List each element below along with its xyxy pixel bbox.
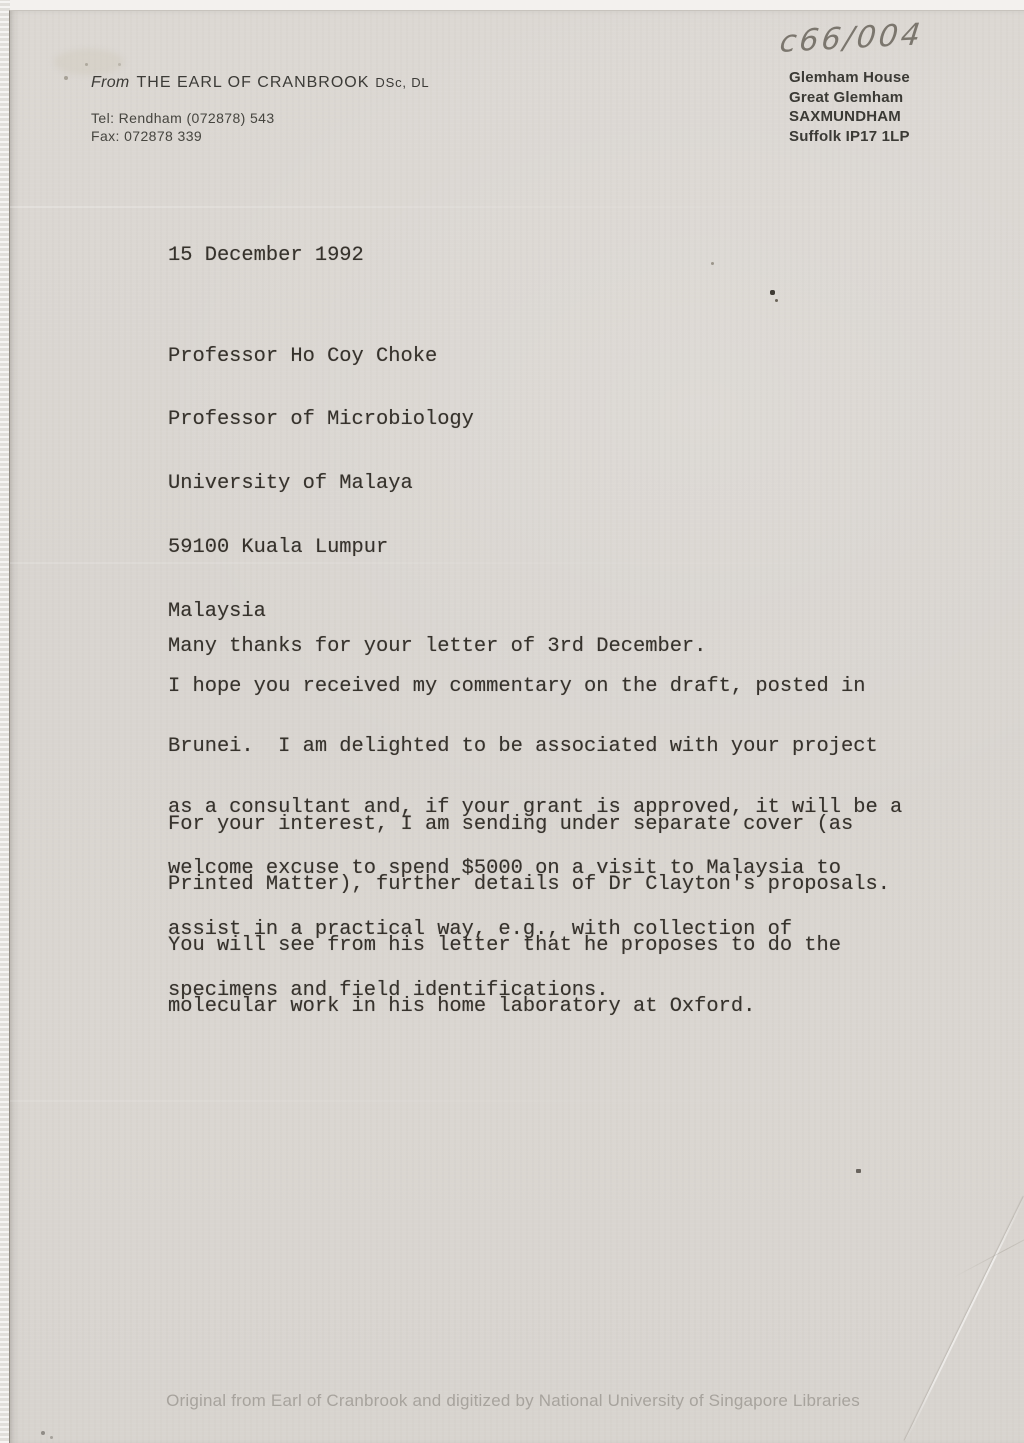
body-paragraph: For your interest, I am sending under se… — [168, 774, 890, 1058]
sender-honours: DSc, DL — [375, 75, 429, 90]
sender-address-line: Great Glemham — [789, 88, 910, 108]
paper-crease — [10, 562, 1024, 564]
letterhead-from-line: FromTHE EARL OF CRANBROOKDSc, DL — [91, 74, 429, 92]
paper-crease — [10, 1100, 1024, 1102]
paper-crease — [10, 206, 1024, 208]
body-line: molecular work in his home laboratory at… — [168, 997, 890, 1017]
paper-speck — [118, 63, 121, 66]
digitization-credit: Original from Earl of Cranbrook and digi… — [10, 1391, 1016, 1411]
ink-speck — [775, 299, 778, 302]
sender-address-line: Suffolk IP17 1LP — [789, 127, 910, 147]
sender-name: THE EARL OF CRANBROOK — [137, 74, 370, 91]
ink-speck — [50, 1436, 53, 1439]
paper-speck — [85, 63, 88, 66]
sender-address-line: Glemham House — [789, 68, 910, 88]
recipient-line: 59100 Kuala Lumpur — [168, 537, 474, 558]
tel-line: Tel: Rendham (072878) 543 — [91, 110, 275, 126]
ink-speck — [856, 1169, 861, 1173]
recipient-line: University of Malaya — [168, 473, 474, 494]
paper-speck — [64, 76, 68, 80]
sender-address-line: SAXMUNDHAM — [789, 107, 910, 127]
body-line: For your interest, I am sending under se… — [168, 815, 890, 835]
body-line: I hope you received my commentary on the… — [168, 677, 902, 697]
ink-speck — [41, 1431, 45, 1435]
archival-code-handwritten: c66/004 — [778, 17, 925, 60]
body-line: You will see from his letter that he pro… — [168, 936, 890, 956]
sender-address-block: Glemham House Great Glemham SAXMUNDHAM S… — [789, 68, 910, 147]
date-line: 15 December 1992 — [168, 244, 364, 267]
ink-speck — [770, 290, 775, 295]
letter-page: c66/004 FromTHE EARL OF CRANBROOKDSc, DL… — [9, 10, 1024, 1443]
body-line: Brunei. I am delighted to be associated … — [168, 737, 902, 757]
fax-line: Fax: 072878 339 — [91, 128, 202, 144]
paper-damage-smudge — [54, 49, 124, 75]
recipient-line: Professor Ho Coy Choke — [168, 346, 474, 367]
recipient-line: Professor of Microbiology — [168, 409, 474, 430]
body-line: Printed Matter), further details of Dr C… — [168, 875, 890, 895]
from-label: From — [91, 74, 130, 91]
ink-speck — [711, 262, 714, 265]
